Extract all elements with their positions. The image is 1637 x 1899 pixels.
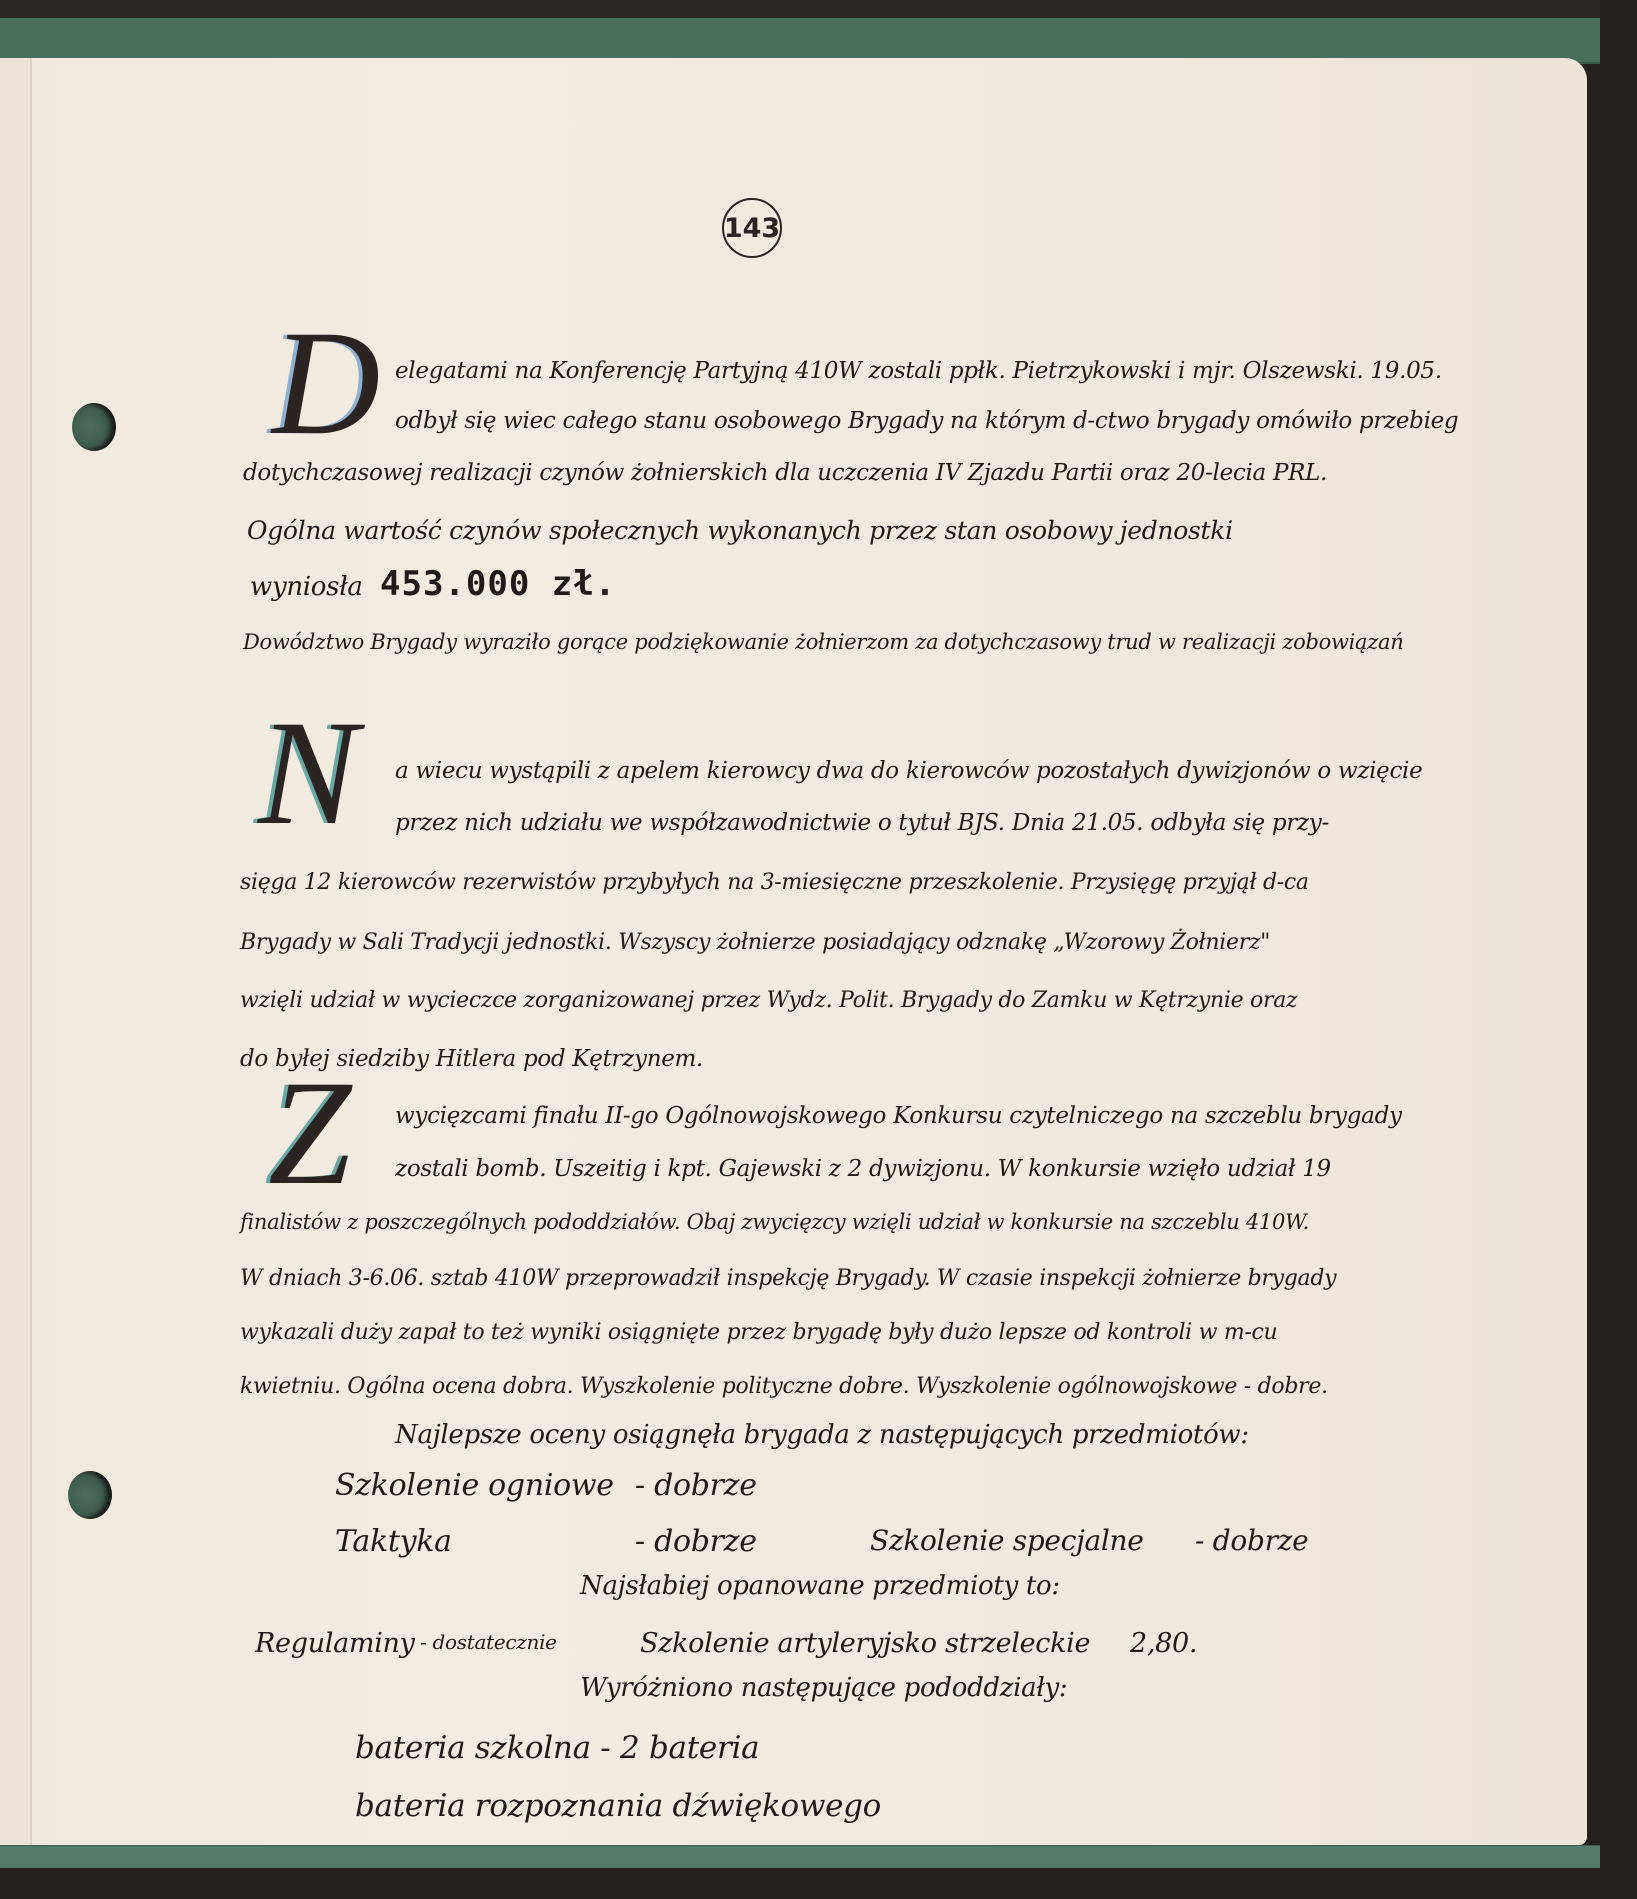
distinguished-units-heading: Wyróżniono następujące pododdziały: bbox=[580, 1673, 1067, 1703]
text-line: wykazali duży zapał to też wyniki osiągn… bbox=[240, 1320, 1277, 1345]
grade-subject: Szkolenie specjalne bbox=[870, 1524, 1144, 1557]
best-grades-heading: Najlepsze oceny osiągnęła brygada z nast… bbox=[395, 1420, 1249, 1450]
text-line: wyniosła bbox=[250, 572, 363, 602]
text-line: wycięzcami finału II-go Ogólnowojskowego… bbox=[395, 1103, 1402, 1129]
grade-subject: Regulaminy bbox=[255, 1628, 415, 1659]
page-number: 143 bbox=[722, 198, 782, 258]
text-line: zostali bomb. Uszeitig i kpt. Gajewski z… bbox=[395, 1156, 1331, 1182]
text-line: kwietniu. Ogólna ocena dobra. Wyszkoleni… bbox=[240, 1374, 1328, 1399]
book-cover-top bbox=[0, 0, 1600, 64]
document-page: 143 D elegatami na Konferencję Partyjną … bbox=[0, 58, 1587, 1845]
punch-hole-icon bbox=[68, 1471, 112, 1519]
grade-value: - dostatecznie bbox=[420, 1630, 557, 1654]
binding-strip bbox=[0, 58, 30, 1845]
grade-value: - dobrze bbox=[635, 1468, 757, 1503]
text-line: dotychczasowej realizacji czynów żołnier… bbox=[243, 460, 1327, 486]
text-line: finalistów z poszczególnych pododdziałów… bbox=[240, 1210, 1309, 1234]
text-line: wzięli udział w wycieczce zorganizowanej… bbox=[240, 988, 1297, 1013]
text-line: elegatami na Konferencję Partyjną 410W z… bbox=[395, 358, 1442, 384]
book-cover-bottom bbox=[0, 1845, 1600, 1868]
grade-subject: Szkolenie artyleryjsko strzeleckie bbox=[640, 1628, 1090, 1659]
grade-subject: Szkolenie ogniowe bbox=[335, 1468, 614, 1503]
total-value-amount: 453.000 zł. bbox=[380, 564, 616, 604]
text-line: Dowództwo Brygady wyraziło gorące podzię… bbox=[243, 630, 1403, 654]
punch-hole-icon bbox=[72, 403, 116, 451]
worst-grades-heading: Najsłabiej opanowane przedmioty to: bbox=[580, 1571, 1060, 1601]
distinguished-unit: bateria szkolna - 2 bateria bbox=[355, 1730, 759, 1766]
text-line: przez nich udziału we współzawodnictwie … bbox=[395, 810, 1329, 836]
illuminated-initial-n: N bbox=[258, 698, 358, 848]
binding-fold bbox=[30, 58, 32, 1845]
torn-cover-edge bbox=[0, 0, 1600, 18]
grade-value: - dobrze bbox=[1195, 1524, 1308, 1557]
illuminated-initial-z: Z bbox=[268, 1058, 351, 1208]
text-line: odbył się wiec całego stanu osobowego Br… bbox=[395, 408, 1458, 434]
text-line: Ogólna wartość czynów społecznych wykona… bbox=[247, 516, 1233, 545]
text-line: W dniach 3-6.06. sztab 410W przeprowadzi… bbox=[240, 1266, 1336, 1291]
illuminated-initial-d: D bbox=[272, 308, 380, 458]
text-line: Brygady w Sali Tradycji jednostki. Wszys… bbox=[240, 930, 1270, 955]
text-line: sięga 12 kierowców rezerwistów przybyłyc… bbox=[240, 870, 1309, 895]
grade-subject: Taktyka bbox=[335, 1524, 452, 1559]
text-line: a wiecu wystąpili z apelem kierowcy dwa … bbox=[395, 758, 1422, 784]
distinguished-unit: bateria rozpoznania dźwiękowego bbox=[355, 1788, 881, 1824]
grade-value: - dobrze bbox=[635, 1524, 757, 1559]
grade-value: 2,80. bbox=[1130, 1628, 1197, 1659]
